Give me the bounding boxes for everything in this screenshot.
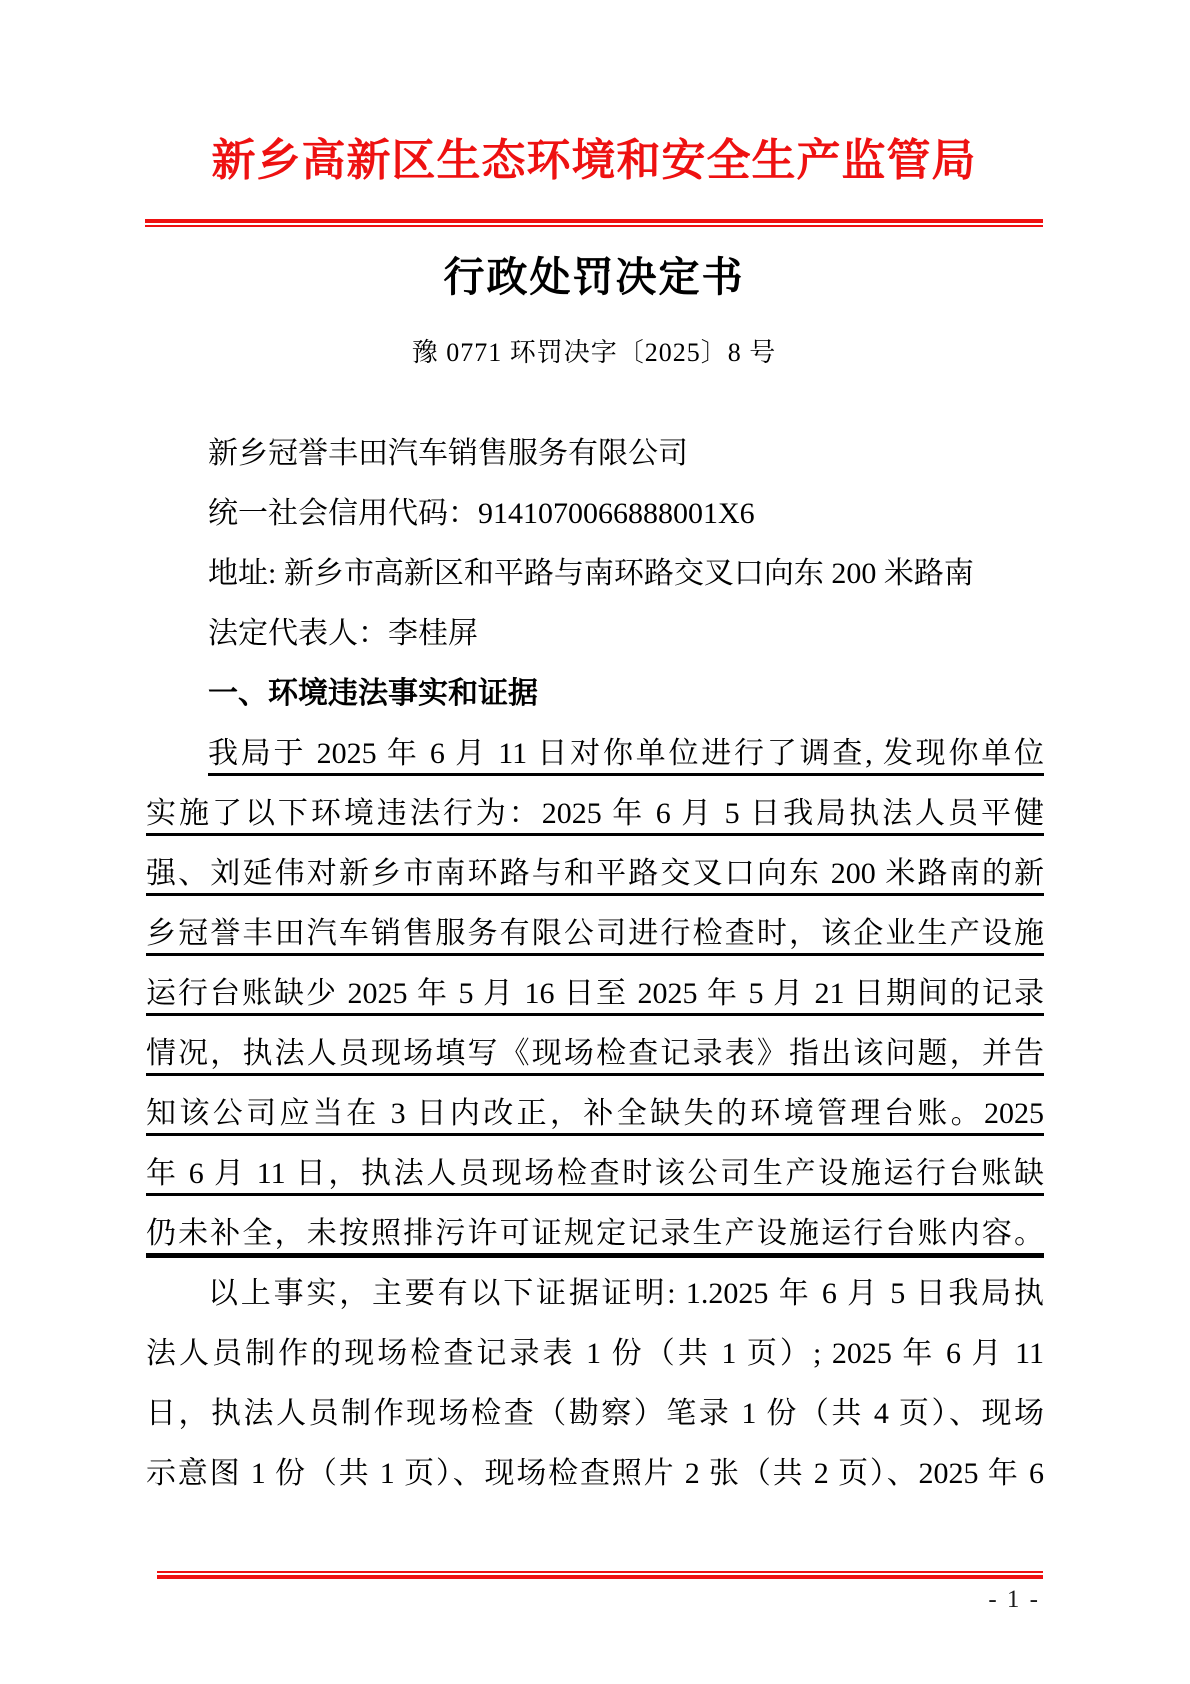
paragraph1-line-text: 强、刘延伟对新乡市南环路与和平路交叉口向东 200 米路南的新	[146, 857, 1044, 890]
document-number: 豫 0771 环罚决字〔2025〕8 号	[145, 332, 1043, 369]
paragraph1-line-text: 知该公司应当在 3 日内改正，补全缺失的环境管理台账。2025	[146, 1097, 1044, 1130]
letterhead-rule-thick-bar	[145, 219, 1043, 223]
section1-heading: 一、环境违法事实和证据	[146, 664, 1044, 724]
address-line: 地址: 新乡市高新区和平路与南环路交叉口向东 200 米路南	[146, 544, 1044, 604]
document-title: 行政处罚决定书	[145, 244, 1043, 303]
company-name-line: 新乡冠誉丰田汽车销售服务有限公司	[146, 424, 1044, 484]
paragraph1-line-text: 仍未补全，未按照排污许可证规定记录生产设施运行台账内容。	[146, 1217, 1044, 1250]
letterhead-rule-thin-bar	[145, 225, 1043, 227]
penalty-decision-document-page: 新乡高新区生态环境和安全生产监管局 行政处罚决定书 豫 0771 环罚决字〔20…	[0, 0, 1190, 1684]
document-body: 新乡冠誉丰田汽车销售服务有限公司 统一社会信用代码：91410700668880…	[146, 424, 1044, 1504]
paragraph2-line: 示意图 1 份（共 1 页）、现场检查照片 2 张（共 2 页）、2025 年 …	[146, 1444, 1044, 1504]
paragraph1-line: 我局于 2025 年 6 月 11 日对你单位进行了调查, 发现你单位	[146, 724, 1044, 784]
paragraph2-line: 以上事实，主要有以下证据证明: 1.2025 年 6 月 5 日我局执	[146, 1264, 1044, 1324]
paragraph1-line: 实施了以下环境违法行为：2025 年 6 月 5 日我局执法人员平健	[146, 784, 1044, 844]
letterhead-org-name: 新乡高新区生态环境和安全生产监管局	[145, 124, 1043, 188]
footer-rule-thin-bar	[157, 1571, 1043, 1573]
paragraph2-line: 法人员制作的现场检查记录表 1 份（共 1 页）; 2025 年 6 月 11	[146, 1324, 1044, 1384]
paragraph1-line: 知该公司应当在 3 日内改正，补全缺失的环境管理台账。2025	[146, 1084, 1044, 1144]
paragraph1-line: 强、刘延伟对新乡市南环路与和平路交叉口向东 200 米路南的新	[146, 844, 1044, 904]
paragraph1-line-text: 运行台账缺少 2025 年 5 月 16 日至 2025 年 5 月 21 日期…	[146, 977, 1044, 1010]
paragraph2-line: 日，执法人员制作现场检查（勘察）笔录 1 份（共 4 页）、现场	[146, 1384, 1044, 1444]
credit-code-line: 统一社会信用代码：9141070066888001X6	[146, 484, 1044, 544]
paragraph1-line: 年 6 月 11 日，执法人员现场检查时该公司生产设施运行台账缺	[146, 1144, 1044, 1204]
paragraph1-line-text: 乡冠誉丰田汽车销售服务有限公司进行检查时，该企业生产设施	[146, 917, 1044, 950]
paragraph1-line: 情况，执法人员现场填写《现场检查记录表》指出该问题，并告	[146, 1024, 1044, 1084]
footer-rule-thick-bar	[157, 1575, 1043, 1579]
page-number: - 1 -	[988, 1586, 1040, 1614]
paragraph1-line-text: 情况，执法人员现场填写《现场检查记录表》指出该问题，并告	[146, 1037, 1044, 1070]
paragraph1-line: 仍未补全，未按照排污许可证规定记录生产设施运行台账内容。	[146, 1204, 1044, 1264]
paragraph1-line-text: 实施了以下环境违法行为：2025 年 6 月 5 日我局执法人员平健	[146, 797, 1044, 830]
paragraph1-line: 乡冠誉丰田汽车销售服务有限公司进行检查时，该企业生产设施	[146, 904, 1044, 964]
footer-divider-rule	[157, 1571, 1043, 1579]
paragraph1-line-text: 我局于 2025 年 6 月 11 日对你单位进行了调查, 发现你单位	[208, 737, 1044, 770]
paragraph1-line-text: 年 6 月 11 日，执法人员现场检查时该公司生产设施运行台账缺	[146, 1157, 1044, 1190]
letterhead-divider-rule	[145, 219, 1043, 227]
paragraph1-line: 运行台账缺少 2025 年 5 月 16 日至 2025 年 5 月 21 日期…	[146, 964, 1044, 1024]
legal-representative-line: 法定代表人：李桂屏	[146, 604, 1044, 664]
